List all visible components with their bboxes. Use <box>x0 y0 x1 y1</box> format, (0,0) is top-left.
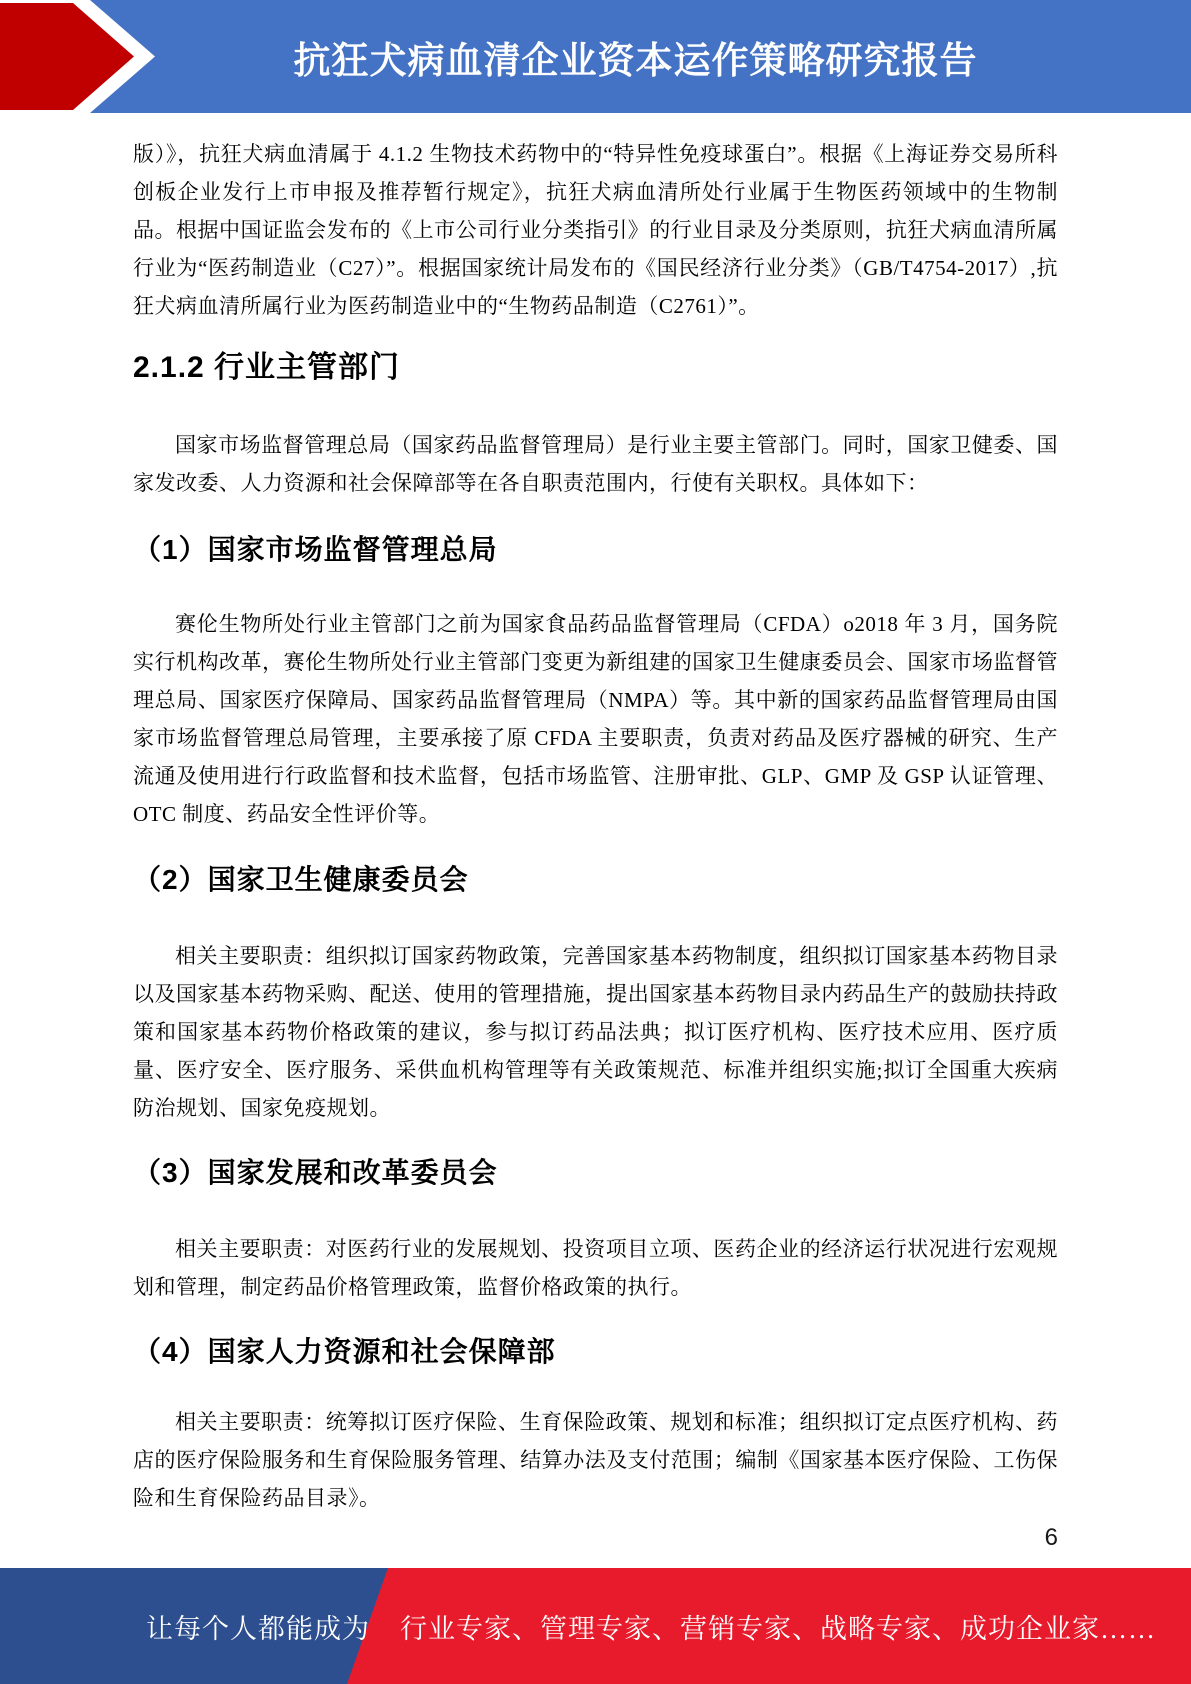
subsection-body-2: 相关主要职责：组织拟订国家药物政策，完善国家基本药物制度，组织拟订国家基本药物目… <box>133 937 1058 1127</box>
section-heading-2-1-2: 2.1.2 行业主管部门 <box>133 348 1058 388</box>
subsection-body-4: 相关主要职责：统筹拟订医疗保险、生育保险政策、规划和标准；组织拟订定点医疗机构、… <box>133 1403 1058 1517</box>
page-footer: 让每个人都能成为 行业专家、管理专家、营销专家、战略专家、成功企业家…… <box>0 1568 1191 1684</box>
subsection-body-1: 赛伦生物所处行业主管部门之前为国家食品药品监督管理局（CFDA）o2018 年 … <box>133 605 1058 833</box>
subsection-body-3: 相关主要职责：对医药行业的发展规划、投资项目立项、医药企业的经济运行状况进行宏观… <box>133 1230 1058 1306</box>
subsection-heading-1: （1）国家市场监督管理总局 <box>133 530 1058 570</box>
page-number: 6 <box>133 1523 1058 1553</box>
report-page: { "colors": { "header_blue": "#4472C4", … <box>0 0 1191 1684</box>
document-body: 版）》，抗狂犬病血清属于 4.1.2 生物技术药物中的“特异性免疫球蛋白”。根据… <box>0 113 1191 1553</box>
subsection-heading-2: （2）国家卫生健康委员会 <box>133 860 1058 900</box>
footer-slogan-right: 行业专家、管理专家、营销专家、战略专家、成功企业家…… <box>400 1568 1156 1684</box>
subsection-heading-4: （4）国家人力资源和社会保障部 <box>133 1332 1058 1372</box>
intro-paragraph: 版）》，抗狂犬病血清属于 4.1.2 生物技术药物中的“特异性免疫球蛋白”。根据… <box>133 135 1058 325</box>
footer-slogan-left: 让每个人都能成为 <box>146 1568 370 1684</box>
report-title: 抗狂犬病血清企业资本运作策略研究报告 <box>160 0 1111 113</box>
section-intro-paragraph: 国家市场监督管理总局（国家药品监督管理局）是行业主要主管部门。同时，国家卫健委、… <box>133 426 1058 502</box>
subsection-heading-3: （3）国家发展和改革委员会 <box>133 1153 1058 1193</box>
page-header: 抗狂犬病血清企业资本运作策略研究报告 <box>0 0 1191 113</box>
